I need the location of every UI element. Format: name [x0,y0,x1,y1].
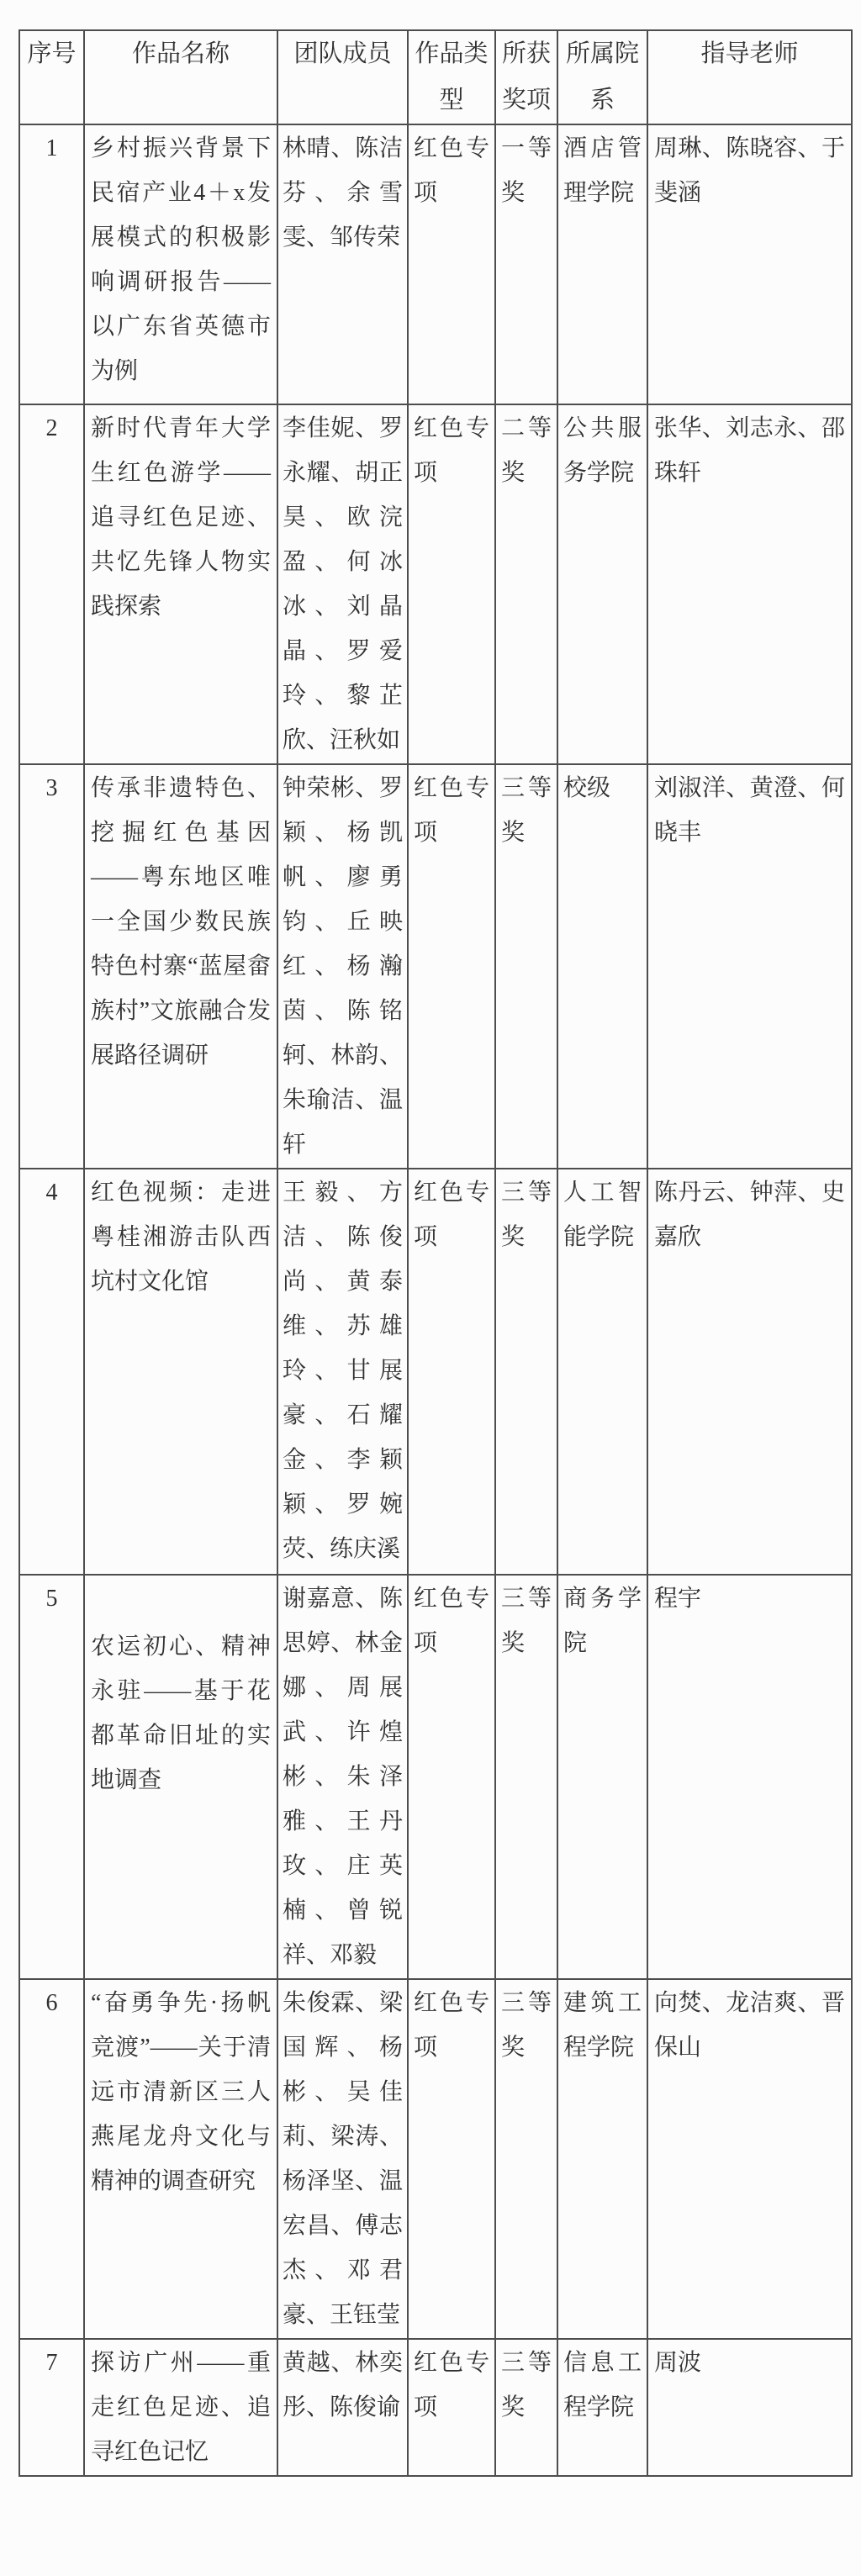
type-cell: 红色专项 [408,404,495,764]
serial-cell: 6 [19,1979,84,2339]
award-cell: 三等奖 [495,1575,557,1979]
title-cell: 乡村振兴背景下民宿产业4＋x发展模式的积极影响调研报告——以广东省英德市为例 [84,124,277,404]
members-cell: 谢嘉意、陈思婷、林金娜、周展武、许煌彬、朱泽雅、王丹玫、庄英楠、曾锐祥、邓毅 [277,1575,408,1979]
award-cell: 三等奖 [495,1979,557,2339]
header-work-name: 作品名称 [84,30,277,124]
table-row: 1 乡村振兴背景下民宿产业4＋x发展模式的积极影响调研报告——以广东省英德市为例… [19,124,852,404]
type-cell: 红色专项 [408,1575,495,1979]
type-cell: 红色专项 [408,2339,495,2476]
advisors-cell: 陈丹云、钟萍、史嘉欣 [647,1169,852,1575]
table-row: 3 传承非遗特色、挖掘红色基因——粤东地区唯一全国少数民族特色村寨“蓝屋畲族村”… [19,764,852,1169]
members-cell: 黄越、林奕彤、陈俊谕 [277,2339,408,2476]
header-team-members: 团队成员 [277,30,408,124]
header-award: 所获奖项 [495,30,557,124]
department-cell: 酒店管理学院 [557,124,647,404]
department-cell: 人工智能学院 [557,1169,647,1575]
award-cell: 二等奖 [495,404,557,764]
type-cell: 红色专项 [408,1979,495,2339]
awards-table: 序号 作品名称 团队成员 作品类型 所获奖项 所属院系 指导老师 1 乡村振兴背… [18,29,853,2477]
award-cell: 三等奖 [495,2339,557,2476]
members-cell: 王毅、方洁、陈俊尚、黄泰维、苏雄玲、甘展豪、石耀金、李颖颖、罗婉荧、练庆溪 [277,1169,408,1575]
title-cell: 传承非遗特色、挖掘红色基因——粤东地区唯一全国少数民族特色村寨“蓝屋畲族村”文旅… [84,764,277,1169]
advisors-cell: 程宇 [647,1575,852,1979]
serial-cell: 2 [19,404,84,764]
members-cell: 李佳妮、罗永耀、胡正昊、欧浣盈、何冰冰、刘晶晶、罗爱玲、黎芷欣、汪秋如 [277,404,408,764]
members-cell: 林晴、陈洁芬、余雪雯、邹传荣 [277,124,408,404]
title-cell: 农运初心、精神永驻——基于花都革命旧址的实地调查 [84,1575,277,1979]
award-cell: 三等奖 [495,1169,557,1575]
title-cell: “奋勇争先·扬帆竞渡”——关于清远市清新区三人燕尾龙舟文化与精神的调查研究 [84,1979,277,2339]
department-cell: 公共服务学院 [557,404,647,764]
award-cell: 三等奖 [495,764,557,1169]
members-cell: 朱俊霖、梁国辉、杨彬、吴佳莉、梁涛、杨泽坚、温宏昌、傅志杰、邓君豪、王钰莹 [277,1979,408,2339]
table-row: 5 农运初心、精神永驻——基于花都革命旧址的实地调查 谢嘉意、陈思婷、林金娜、周… [19,1575,852,1979]
header-serial: 序号 [19,30,84,124]
serial-cell: 1 [19,124,84,404]
type-cell: 红色专项 [408,124,495,404]
title-cell: 红色视频：走进粤桂湘游击队西坑村文化馆 [84,1169,277,1575]
table-row: 2 新时代青年大学生红色游学——追寻红色足迹、共忆先锋人物实践探索 李佳妮、罗永… [19,404,852,764]
advisors-cell: 刘淑洋、黄澄、何晓丰 [647,764,852,1169]
advisors-cell: 向焚、龙洁爽、晋保山 [647,1979,852,2339]
department-cell: 建筑工程学院 [557,1979,647,2339]
header-advisors: 指导老师 [647,30,852,124]
advisors-cell: 张华、刘志永、邵珠轩 [647,404,852,764]
title-cell: 新时代青年大学生红色游学——追寻红色足迹、共忆先锋人物实践探索 [84,404,277,764]
header-department: 所属院系 [557,30,647,124]
department-cell: 校级 [557,764,647,1169]
advisors-cell: 周波 [647,2339,852,2476]
title-cell: 探访广州——重走红色足迹、追寻红色记忆 [84,2339,277,2476]
table-row: 4 红色视频：走进粤桂湘游击队西坑村文化馆 王毅、方洁、陈俊尚、黄泰维、苏雄玲、… [19,1169,852,1575]
advisors-cell: 周琳、陈晓容、于斐涵 [647,124,852,404]
department-cell: 信息工程学院 [557,2339,647,2476]
header-row: 序号 作品名称 团队成员 作品类型 所获奖项 所属院系 指导老师 [19,30,852,124]
type-cell: 红色专项 [408,1169,495,1575]
table-row: 6 “奋勇争先·扬帆竞渡”——关于清远市清新区三人燕尾龙舟文化与精神的调查研究 … [19,1979,852,2339]
serial-cell: 7 [19,2339,84,2476]
serial-cell: 4 [19,1169,84,1575]
serial-cell: 3 [19,764,84,1169]
serial-cell: 5 [19,1575,84,1979]
department-cell: 商务学院 [557,1575,647,1979]
members-cell: 钟荣彬、罗颖、杨凯帆、廖勇钧、丘映红、杨瀚茵、陈铭轲、林韵、朱瑜洁、温轩 [277,764,408,1169]
table-row: 7 探访广州——重走红色足迹、追寻红色记忆 黄越、林奕彤、陈俊谕 红色专项 三等… [19,2339,852,2476]
document-page: 序号 作品名称 团队成员 作品类型 所获奖项 所属院系 指导老师 1 乡村振兴背… [0,0,861,2576]
award-cell: 一等奖 [495,124,557,404]
type-cell: 红色专项 [408,764,495,1169]
header-work-type: 作品类型 [408,30,495,124]
